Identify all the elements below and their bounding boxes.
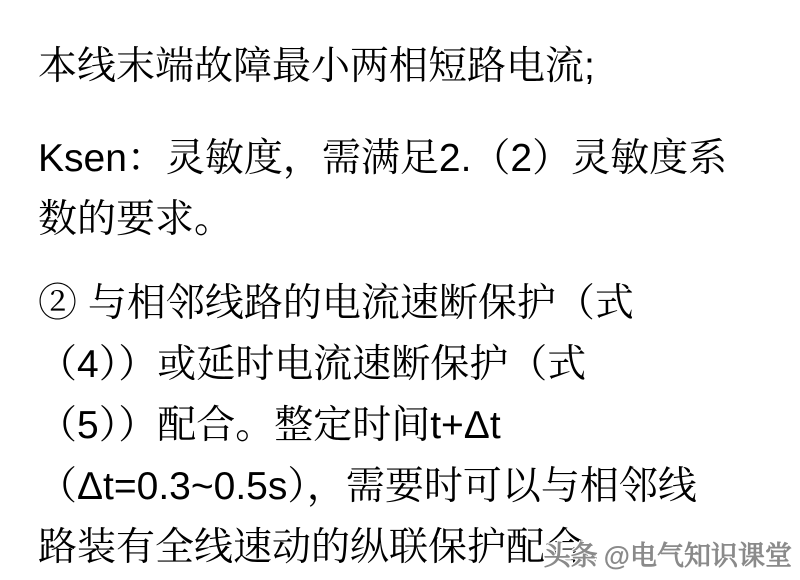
text-line: （5））配合。整定时间t+Δt	[38, 395, 792, 456]
watermark-handle: @电气知识课堂	[604, 541, 792, 571]
text-line: Ksen：灵敏度，需满足2.（2）灵敏度系	[38, 128, 792, 189]
text-line: （Δt=0.3~0.5s），需要时可以与相邻线	[38, 456, 792, 517]
text-line: 本线末端故障最小两相短路电流;	[38, 36, 792, 97]
watermark-toutiao: 头条@电气知识课堂	[544, 540, 792, 572]
toutiao-logo-text: 头条	[544, 541, 598, 571]
paragraph-ksen-sensitivity: Ksen：灵敏度，需满足2.（2）灵敏度系 数的要求。	[38, 128, 792, 250]
text-line: ② 与相邻线路的电流速断保护（式	[38, 273, 792, 334]
text-line: 数的要求。	[38, 189, 792, 250]
document-page: 本线末端故障最小两相短路电流; Ksen：灵敏度，需满足2.（2）灵敏度系 数的…	[0, 0, 800, 580]
text-line: （4））或延时电流速断保护（式	[38, 334, 792, 395]
paragraph-short-circuit-current: 本线末端故障最小两相短路电流;	[38, 36, 792, 97]
paragraph-adjacent-line-coordination: ② 与相邻线路的电流速断保护（式 （4））或延时电流速断保护（式 （5））配合。…	[38, 273, 792, 578]
